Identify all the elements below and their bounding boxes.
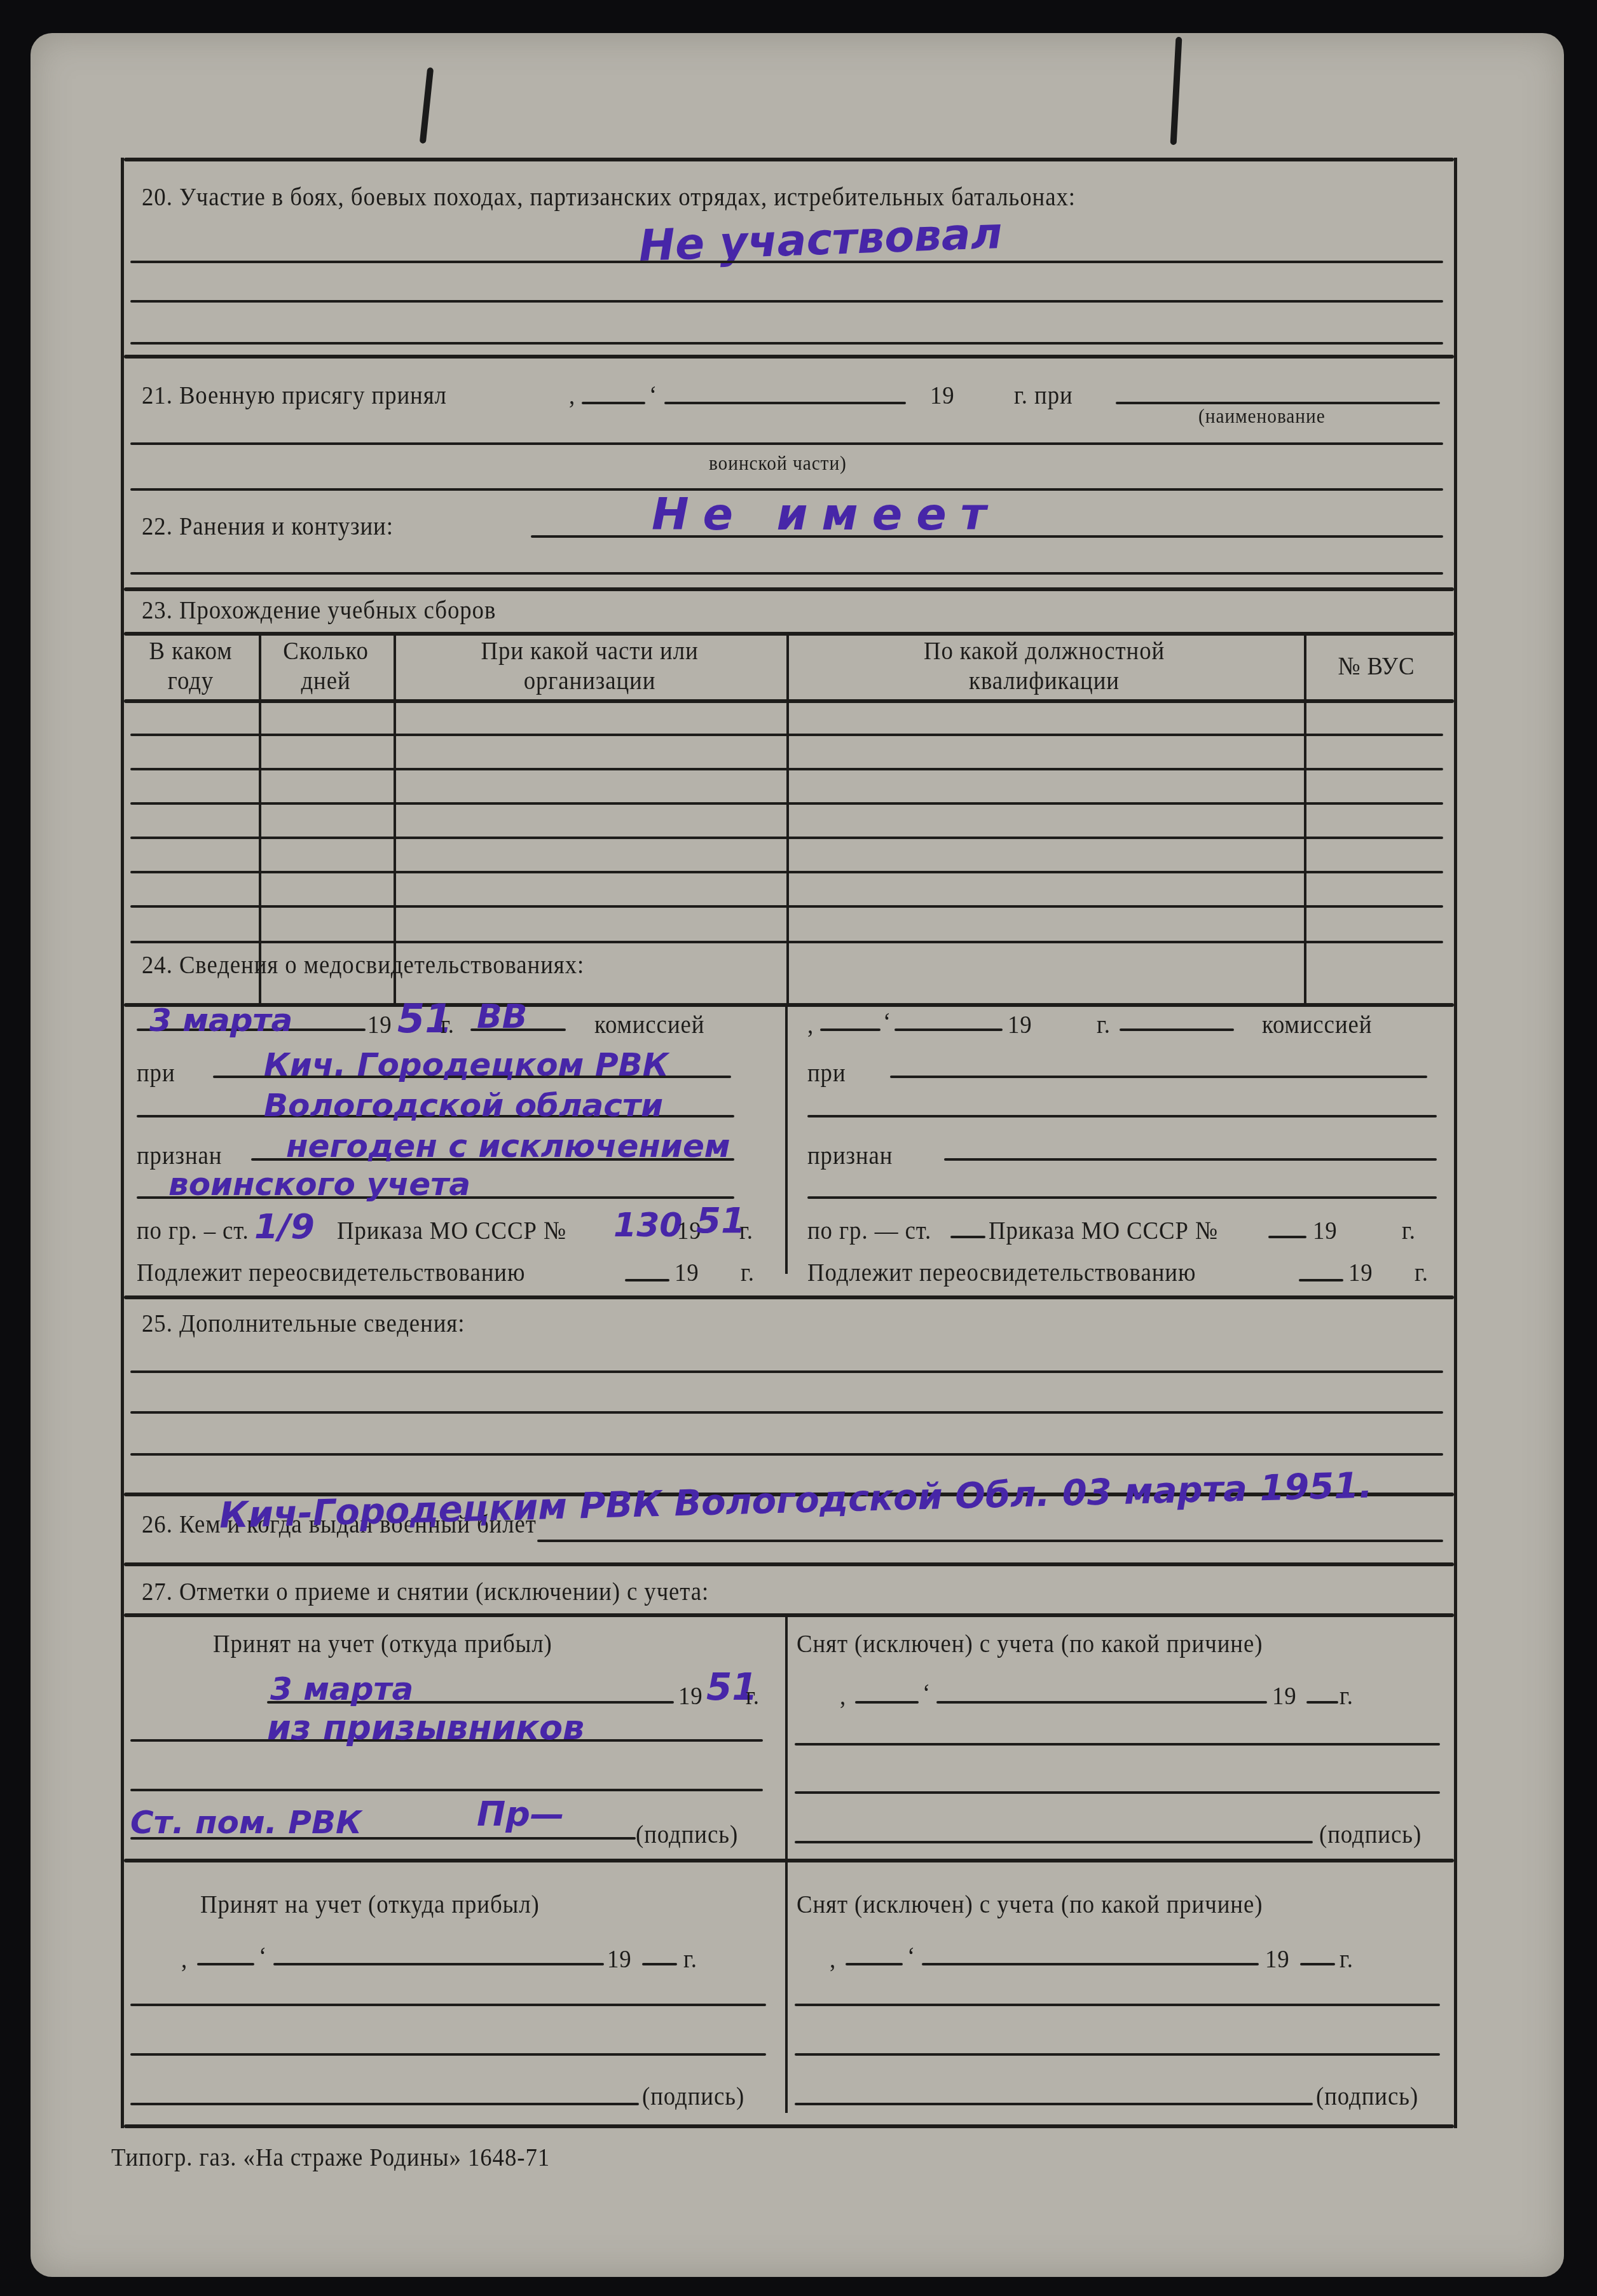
removed-reason-field-2[interactable] [795, 2053, 1440, 2056]
accepted-quote-close: ‘ [259, 1941, 267, 1971]
table-row[interactable] [130, 871, 1443, 873]
military-id-issued-value[interactable]: Кич-Городецким РВК Вологодской Обл. 03 м… [219, 1465, 1373, 1536]
removed-signature-field[interactable] [795, 1841, 1313, 1843]
military-id-field[interactable] [537, 1540, 1443, 1542]
removed-year-field[interactable] [1306, 1701, 1338, 1704]
pri-value-2[interactable]: Вологодской области [264, 1087, 663, 1124]
col-divider [1304, 636, 1306, 1007]
field-line [130, 300, 1443, 303]
oath-suffix: г. при [1014, 380, 1073, 410]
removed-reason-field-2[interactable] [795, 1791, 1440, 1794]
exam2-year-prefix: 19 [1008, 1009, 1032, 1039]
section-rule [124, 355, 1454, 359]
oath-note-unit: воинской части) [709, 451, 847, 475]
exam2-priznan-label: признан [807, 1140, 893, 1170]
removed-quote-open: , [840, 1681, 846, 1711]
removed-signature-field[interactable] [795, 2103, 1313, 2105]
exam2-priznan-field-2[interactable] [807, 1196, 1437, 1199]
printer-imprint: Типогр. газ. «На страже Родины» 1648-71 [111, 2142, 550, 2172]
exam-g: г. [441, 1009, 455, 1039]
accepted-from-field-2[interactable] [130, 1789, 763, 1791]
removed-signature-label: (подпись) [1316, 2081, 1418, 2111]
field-line [130, 261, 1443, 263]
staple-slit-left [420, 67, 434, 144]
exam2-order-label: Приказа МО СССР № [989, 1215, 1218, 1245]
accepted-g: г. [683, 1944, 697, 1974]
oath-year-prefix: 19 [930, 380, 955, 410]
column-divider [785, 1007, 788, 1274]
reexam-year-prefix: 19 [675, 1257, 699, 1287]
col-unit-header: При какой части илиорганизации [410, 636, 770, 695]
exam2-pri-field-2[interactable] [807, 1115, 1437, 1117]
removed-g: г. [1340, 1944, 1354, 1974]
additional-field[interactable] [130, 1411, 1443, 1414]
order-label: Приказа МО СССР № [337, 1215, 566, 1245]
col-qualification-header: По какой должностнойквалификации [806, 636, 1283, 695]
removed-month-field[interactable] [922, 1963, 1259, 1965]
exam2-reexam-label: Подлежит переосвидетельствованию [807, 1257, 1196, 1287]
accepted-label: Принят на учет (откуда прибыл) [213, 1629, 552, 1658]
removed-label: Снят (исключен) с учета (по какой причин… [797, 1889, 1263, 1919]
removed-day-field[interactable] [855, 1701, 919, 1704]
col-vus-header: № ВУС [1309, 651, 1444, 681]
removed-quote-open: , [830, 1944, 836, 1974]
accepted-from-value[interactable]: из призывников [267, 1707, 584, 1747]
removed-signature-label: (подпись) [1319, 1819, 1422, 1849]
table-row[interactable] [130, 734, 1443, 736]
removed-quote-close: ‘ [907, 1941, 915, 1971]
col-divider [786, 636, 789, 1007]
table-header-rule [124, 699, 1454, 703]
removed-day-field[interactable] [846, 1963, 903, 1965]
section-20-label: 20. Участие в боях, боевых походах, парт… [142, 182, 1076, 212]
reexam-label: Подлежит переосвидетельствованию [137, 1257, 525, 1287]
accepted-quote-open: , [181, 1944, 188, 1974]
removed-year-prefix: 19 [1272, 1681, 1297, 1711]
reexam-field[interactable] [625, 1279, 669, 1281]
oath-day-field[interactable] [582, 402, 645, 404]
section-rule [124, 587, 1454, 591]
staple-slit-right [1170, 37, 1182, 145]
section-27-label: 27. Отметки о приеме и снятии (исключени… [142, 1576, 709, 1606]
removed-year-prefix: 19 [1265, 1944, 1290, 1974]
table-row[interactable] [130, 941, 1443, 943]
exam-date-value[interactable]: 3 марта [149, 1002, 292, 1039]
accepted-g: г. [746, 1681, 760, 1711]
oath-month-field[interactable] [664, 402, 906, 404]
reexam-g: г. [741, 1257, 755, 1287]
exam2-order-field[interactable] [1268, 1236, 1306, 1238]
bottom-rule [124, 2124, 1454, 2128]
accepted-from-field-2[interactable] [130, 2053, 766, 2056]
exam-year-prefix: 19 [367, 1009, 392, 1039]
priznan-value-1[interactable]: негоден с исключением [286, 1128, 730, 1165]
priznan-value-2[interactable]: воинского учета [168, 1166, 470, 1203]
field-line [130, 342, 1443, 345]
section-rule [124, 1003, 1454, 1007]
removed-quote-close: ‘ [922, 1678, 931, 1708]
section-22-label: 22. Ранения и контузии: [142, 511, 394, 541]
removed-reason-field[interactable] [795, 2004, 1440, 2006]
removed-reason-field[interactable] [795, 1743, 1440, 1746]
accepted-signer-value[interactable]: Ст. пом. РВК [130, 1804, 362, 1841]
commission-value[interactable]: ВВ [477, 998, 527, 1036]
order-g: г. [739, 1215, 753, 1245]
table-row[interactable] [130, 768, 1443, 770]
section-rule [124, 1295, 1454, 1299]
accepted-year-prefix: 19 [607, 1944, 632, 1974]
additional-field[interactable] [130, 1453, 1443, 1456]
exam2-order-year-prefix: 19 [1313, 1215, 1338, 1245]
exam2-quote-close: ‘ [883, 1007, 891, 1037]
signature-label: (подпись) [642, 2081, 744, 2111]
article-prefix: по гр. – ст. [137, 1215, 249, 1245]
additional-field[interactable] [130, 1370, 1443, 1373]
oath-unit-field-2[interactable] [130, 442, 1443, 445]
section-23-label: 23. Прохождение учебных сборов [142, 595, 496, 625]
order-year-value[interactable]: 51 [696, 1200, 746, 1241]
signature-label: (подпись) [636, 1819, 738, 1849]
section-rule [124, 1562, 1454, 1566]
accepted-month-field[interactable] [273, 1963, 604, 1965]
exam2-pri-label: при [807, 1058, 846, 1088]
col-year-header: В какомгоду [129, 636, 252, 695]
pri-label: при [137, 1058, 175, 1088]
accepted-from-field[interactable] [130, 2004, 766, 2006]
exam2-priznan-field[interactable] [944, 1158, 1437, 1161]
exam2-month-field[interactable] [894, 1028, 1003, 1031]
column-divider [785, 1617, 788, 2113]
accepted-signature-field[interactable] [130, 2103, 639, 2105]
accepted-signature-value[interactable]: Пр— [477, 1794, 565, 1834]
table-row[interactable] [130, 837, 1443, 839]
wounds-value[interactable]: Не имеет [652, 488, 1000, 540]
section-rule [124, 1613, 1454, 1617]
exam2-order-g: г. [1402, 1215, 1416, 1245]
exam2-commission-field[interactable] [1120, 1028, 1234, 1031]
oath-note-name: (наименование [1198, 404, 1326, 428]
section-21-label: 21. Военную присягу принял [142, 380, 447, 410]
removed-g: г. [1340, 1681, 1354, 1711]
exam2-day-field[interactable] [820, 1028, 881, 1031]
order-value[interactable]: 130 [613, 1206, 683, 1245]
accepted-day-field[interactable] [197, 1963, 254, 1965]
exam2-commission-label: комиссией [1262, 1009, 1372, 1039]
pri-value-1[interactable]: Кич. Городецком РВК [264, 1046, 669, 1083]
removed-label: Снят (исключен) с учета (по какой причин… [797, 1629, 1263, 1658]
oath-quote-open: , [569, 380, 575, 410]
exam2-article-prefix: по гр. — ст. [807, 1215, 931, 1245]
article-value[interactable]: 1/9 [254, 1206, 315, 1247]
block-rule [124, 1859, 1454, 1862]
accepted-year-prefix: 19 [678, 1681, 703, 1711]
exam2-g: г. [1097, 1009, 1111, 1039]
commission-label: комиссией [594, 1009, 704, 1039]
accepted-year-field[interactable] [642, 1963, 677, 1965]
exam2-pri-field[interactable] [890, 1076, 1427, 1078]
table-row[interactable] [130, 905, 1443, 908]
section-25-label: 25. Дополнительные сведения: [142, 1308, 465, 1338]
accepted-label: Принят на учет (откуда прибыл) [200, 1889, 540, 1919]
exam2-article-field[interactable] [950, 1236, 985, 1238]
exam2-reexam-year-prefix: 19 [1348, 1257, 1373, 1287]
exam2-reexam-g: г. [1415, 1257, 1429, 1287]
section-24-label: 24. Сведения о медосвидетельствованиях: [142, 950, 584, 980]
form-frame: 20. Участие в боях, боевых походах, парт… [121, 158, 1457, 2128]
col-days-header: Сколькодней [263, 636, 389, 695]
top-rule [124, 158, 1454, 161]
removed-year-field[interactable] [1300, 1963, 1335, 1965]
oath-quote-close: ‘ [649, 380, 657, 410]
table-row[interactable] [130, 802, 1443, 805]
removed-month-field[interactable] [936, 1701, 1267, 1704]
accepted-date-value[interactable]: 3 марта [270, 1671, 413, 1707]
exam2-reexam-field[interactable] [1299, 1279, 1343, 1281]
field-line [130, 572, 1443, 575]
exam2-quote-open: , [807, 1009, 814, 1039]
